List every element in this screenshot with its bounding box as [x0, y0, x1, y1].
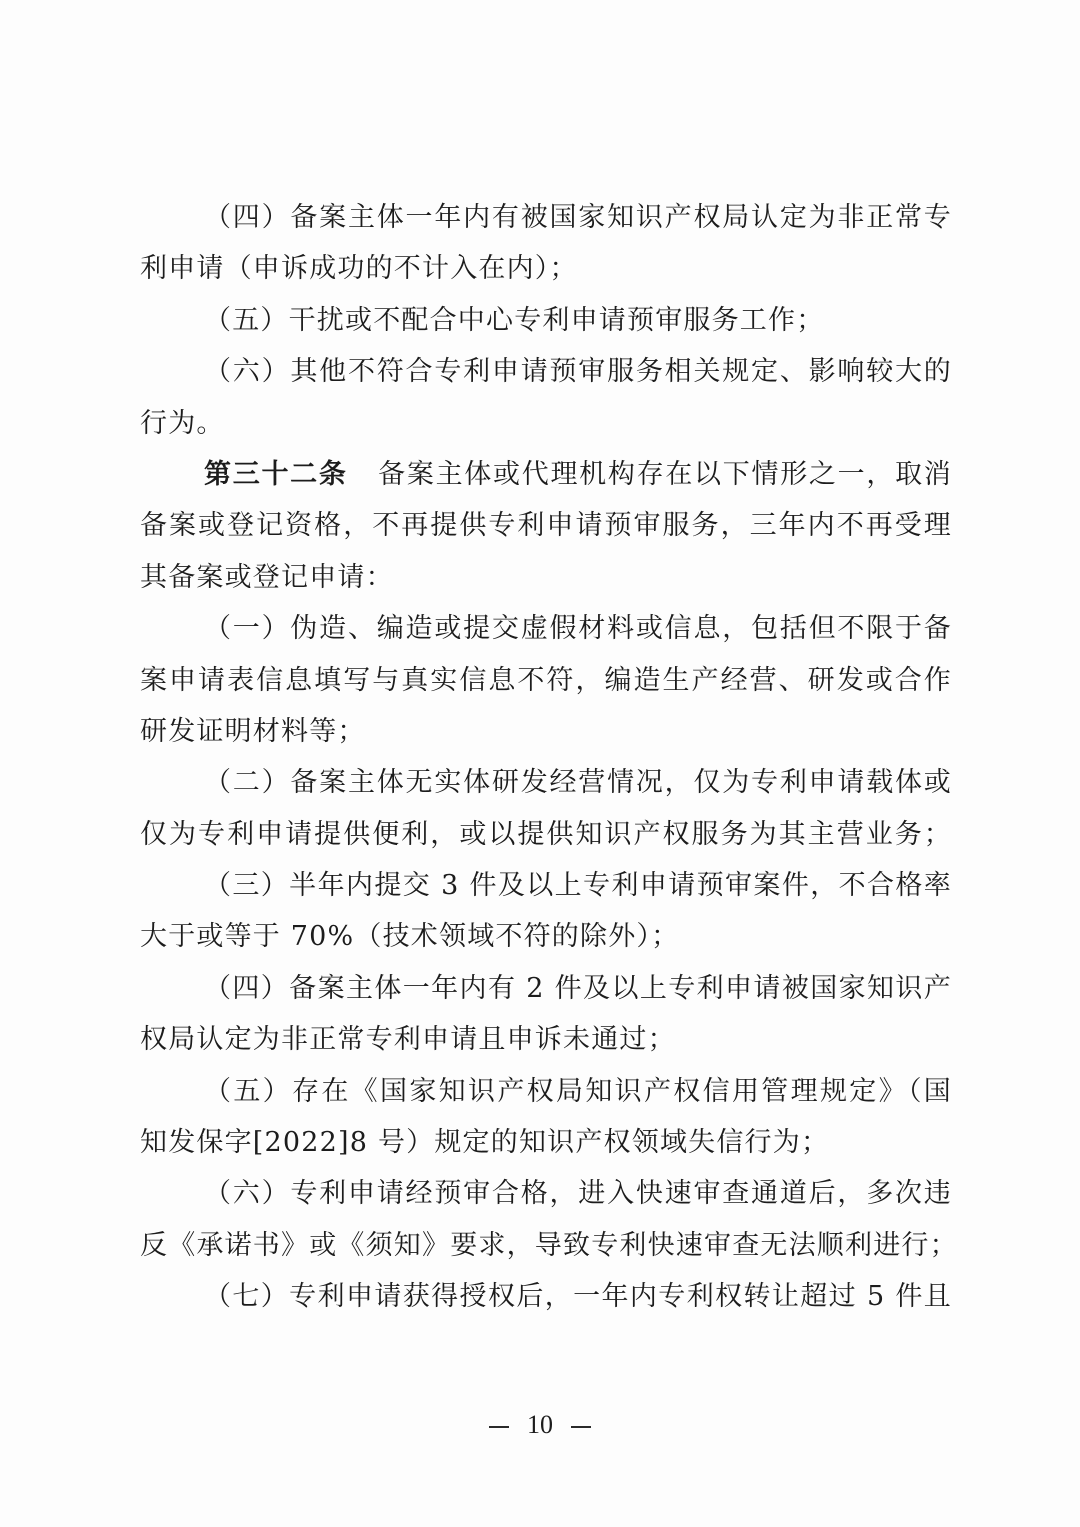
paragraph-line: （五）存在《国家知识产权局知识产权信用管理规定》（国: [140, 1069, 952, 1120]
paragraph-line: 知发保字[2022]8 号）规定的知识产权领域失信行为；: [140, 1120, 952, 1171]
paragraph-line: （一）伪造、编造或提交虚假材料或信息，包括但不限于备: [140, 606, 952, 657]
paragraph-line: 反《承诺书》或《须知》要求，导致专利快速审查无法顺利进行；: [140, 1223, 952, 1274]
paragraph-line: 其备案或登记申请：: [140, 555, 952, 606]
paragraph-line: （六）专利申请经预审合格，进入快速审查通道后，多次违: [140, 1171, 952, 1222]
paragraph-line: （四）备案主体一年内有被国家知识产权局认定为非正常专: [140, 195, 952, 246]
paragraph-line: 备案或登记资格，不再提供专利申请预审服务，三年内不再受理: [140, 503, 952, 554]
paragraph-line: （三）半年内提交 3 件及以上专利申请预审案件，不合格率: [140, 863, 952, 914]
document-body: （四）备案主体一年内有被国家知识产权局认定为非正常专 利申请（申诉成功的不计入在…: [140, 195, 952, 1326]
paragraph-line: （六）其他不符合专利申请预审服务相关规定、影响较大的: [140, 349, 952, 400]
paragraph-line: （四）备案主体一年内有 2 件及以上专利申请被国家知识产: [140, 966, 952, 1017]
document-page: （四）备案主体一年内有被国家知识产权局认定为非正常专 利申请（申诉成功的不计入在…: [0, 0, 1080, 1527]
paragraph-line: 仅为专利申请提供便利，或以提供知识产权服务为其主营业务；: [140, 812, 952, 863]
paragraph-line: 行为。: [140, 401, 952, 452]
dash-right: [571, 1426, 591, 1428]
paragraph-line: 研发证明材料等；: [140, 709, 952, 760]
paragraph-line: （五）干扰或不配合中心专利申请预审服务工作；: [140, 298, 952, 349]
article-heading-line: 第三十二条备案主体或代理机构存在以下情形之一，取消: [140, 452, 952, 503]
page-number: 10: [0, 1410, 1080, 1440]
paragraph-line: 大于或等于 70%（技术领域不符的除外）；: [140, 914, 952, 965]
paragraph-line: （七）专利申请获得授权后，一年内专利权转让超过 5 件且: [140, 1274, 952, 1325]
article-label: 第三十二条: [204, 459, 348, 490]
paragraph-line: 权局认定为非正常专利申请且申诉未通过；: [140, 1017, 952, 1068]
paragraph-line: 案申请表信息填写与真实信息不符，编造生产经营、研发或合作: [140, 658, 952, 709]
page-number-value: 10: [527, 1410, 553, 1439]
dash-left: [489, 1426, 509, 1428]
paragraph-line: （二）备案主体无实体研发经营情况，仅为专利申请载体或: [140, 760, 952, 811]
article-text: 备案主体或代理机构存在以下情形之一，取消: [378, 459, 952, 490]
paragraph-line: 利申请（申诉成功的不计入在内）；: [140, 246, 952, 297]
